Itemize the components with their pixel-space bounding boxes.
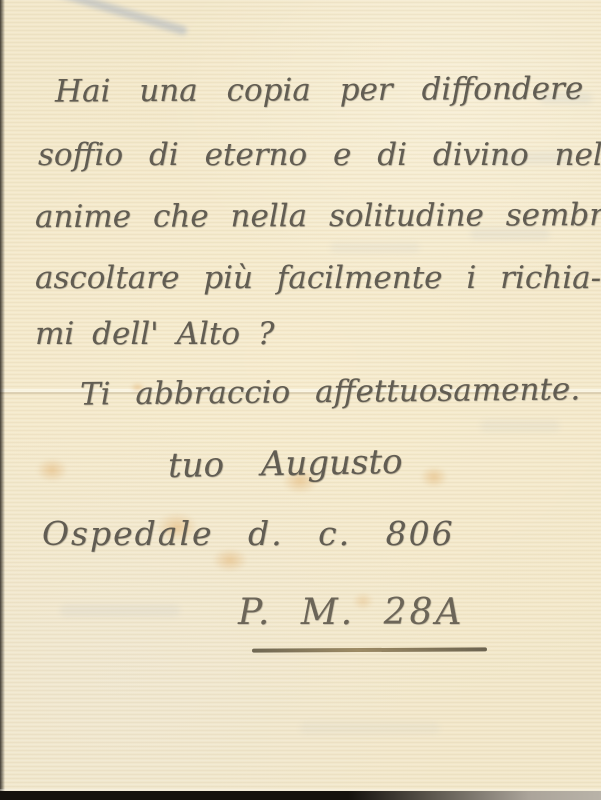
letter-body-line-2: soffio di eterno e di divino nelle	[38, 137, 601, 173]
signature: tuo Augusto	[168, 442, 403, 486]
blue-ink-smudge	[47, 0, 188, 36]
ink-bleedthrough-mark	[60, 604, 180, 617]
scan-edge-left	[0, 0, 5, 800]
closing-line: Ti abbraccio affettuosamente.	[80, 371, 581, 412]
ink-bleedthrough-mark	[330, 242, 420, 253]
underline-stroke	[252, 647, 487, 652]
scan-edge-bottom	[0, 791, 601, 800]
ink-bleedthrough-mark	[480, 420, 560, 432]
paper-stain	[36, 458, 68, 482]
letter-body-line-1: Hai una copia per diffondere un	[55, 70, 601, 109]
paper-stain	[420, 466, 448, 488]
letter-body-line-4: ascoltare più facilmente i richia-	[35, 260, 601, 296]
military-post-line: P. M. 28A	[238, 592, 464, 633]
field-hospital-line: Ospedale d. c. 806	[42, 514, 455, 553]
letter-body-line-5: mi dell' Alto ?	[35, 316, 274, 352]
handwritten-letter-page: Hai una copia per diffondere un soffio d…	[0, 0, 601, 800]
ink-bleedthrough-mark	[300, 722, 440, 734]
letter-body-line-3: anime che nella solitudine sembrano	[35, 197, 601, 235]
